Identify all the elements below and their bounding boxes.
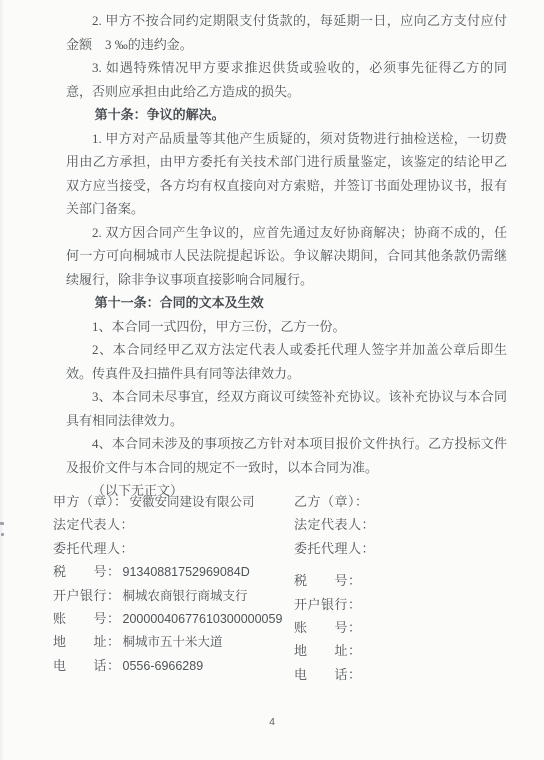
signature-value	[362, 621, 364, 635]
signature-label: 委托代理人：	[53, 541, 134, 556]
section-heading-article-10: 第十条：争议的解决。	[66, 103, 507, 127]
signature-row-agent: 委托代理人：	[53, 537, 293, 560]
contract-paragraph: 1. 甲方对产品质量等其他产生质疑的，须对货物进行抽检送检，一切费用由乙方承担，…	[66, 127, 507, 221]
party-a-phone: 0556-6966289	[121, 659, 204, 673]
contract-paragraph: 2、本合同经甲乙双方法定代表人或委托代理人签字并加盖公章后即生效。传真件及扫描件…	[66, 338, 507, 385]
signature-row-bank: 开户银行：桐城农商银行商城支行	[53, 584, 293, 607]
party-b-signature-block: 乙方（章）： 法定代表人： 委托代理人： 税 号： 开户银行： 账 号： 地 址…	[294, 490, 524, 686]
signature-label: 账 号：	[53, 611, 121, 626]
signature-value	[362, 668, 364, 682]
scan-artifact	[0, 522, 4, 525]
signature-label: 税 号：	[53, 564, 121, 579]
signature-label: 开户银行：	[53, 588, 121, 603]
signature-label: 账 号：	[294, 620, 362, 635]
contract-paragraph: 3、本合同未尽事宜，经双方商议可续签补充协议。该补充协议与本合同具有相同法律效力…	[66, 385, 507, 432]
party-a-signature-block: 甲方（章）：安徽安同建设有限公司 法定代表人： 委托代理人： 税 号：91340…	[53, 490, 293, 677]
signature-value	[362, 598, 364, 612]
signature-value	[134, 542, 136, 556]
signature-value	[375, 542, 377, 556]
signature-value	[369, 495, 371, 509]
contract-paragraph: 2. 双方因合同产生争议的，应首先通过友好协商解决；协商不成的，任何一方可向桐城…	[66, 221, 507, 292]
party-a-tax-number: 91340881752969084D	[121, 565, 250, 579]
signature-label: 电 话：	[53, 658, 121, 673]
signature-label: 地 址：	[53, 634, 121, 649]
signature-row-party-b-seal: 乙方（章）：	[294, 490, 524, 513]
party-a-company-name: 安徽安同建设有限公司	[128, 495, 255, 509]
contract-paragraph: 1、本合同一式四份，甲方三份，乙方一份。	[66, 315, 507, 339]
contract-paragraph: 3. 如遇特殊情况甲方要求推迟供货或验收的，必须事先征得乙方的同意，否则应承担由…	[66, 56, 507, 103]
signature-label: 税 号：	[294, 573, 362, 588]
signature-value	[362, 574, 364, 588]
signature-label: 法定代表人：	[53, 517, 134, 532]
page-number: 4	[0, 716, 544, 728]
signature-label: 法定代表人：	[294, 517, 375, 532]
signature-label: 委托代理人：	[294, 541, 375, 556]
signature-row-phone: 电 话：0556-6966289	[53, 654, 293, 677]
signature-value	[375, 518, 377, 532]
signature-row-address: 地 址：桐城市五十米大道	[53, 630, 293, 653]
contract-body: 2. 甲方不按合同约定期限支付货款的，每延期一日，应向乙方支付应付金额 3 ‰的…	[66, 9, 507, 503]
signature-row-phone: 电 话：	[294, 663, 524, 686]
signature-row-tax-number: 税 号：	[294, 569, 524, 592]
signature-row-account-number: 账 号：20000040677610300000059	[53, 607, 293, 630]
signature-row-party-a-seal: 甲方（章）：安徽安同建设有限公司	[53, 490, 293, 513]
signature-value	[134, 518, 136, 532]
signature-label: 开户银行：	[294, 597, 362, 612]
party-a-address: 桐城市五十米大道	[121, 635, 223, 649]
signature-row-bank: 开户银行：	[294, 593, 524, 616]
signature-label: 乙方（章）：	[294, 494, 369, 509]
signature-value	[362, 644, 364, 658]
signature-row-legal-rep: 法定代表人：	[53, 513, 293, 536]
signature-row-tax-number: 税 号：91340881752969084D	[53, 560, 293, 583]
section-heading-article-11: 第十一条：合同的文本及生效	[66, 291, 507, 315]
party-a-account-number: 20000040677610300000059	[121, 612, 283, 626]
contract-page: 2. 甲方不按合同约定期限支付货款的，每延期一日，应向乙方支付应付金额 3 ‰的…	[0, 0, 544, 760]
signature-row-agent: 委托代理人：	[294, 537, 524, 560]
scan-artifact	[1, 533, 4, 536]
signature-row-legal-rep: 法定代表人：	[294, 513, 524, 536]
signature-label: 地 址：	[294, 643, 362, 658]
scan-edge-shade	[0, 0, 4, 760]
signature-row-address: 地 址：	[294, 639, 524, 662]
party-a-bank-name: 桐城农商银行商城支行	[121, 589, 248, 603]
contract-paragraph: 4、本合同未涉及的事项按乙方针对本项目报价文件执行。乙方投标文件及报价文件与本合…	[66, 432, 507, 479]
contract-paragraph: 2. 甲方不按合同约定期限支付货款的，每延期一日，应向乙方支付应付金额 3 ‰的…	[66, 9, 507, 56]
signature-label: 甲方（章）：	[53, 494, 128, 509]
signature-label: 电 话：	[294, 667, 362, 682]
signature-row-account-number: 账 号：	[294, 616, 524, 639]
